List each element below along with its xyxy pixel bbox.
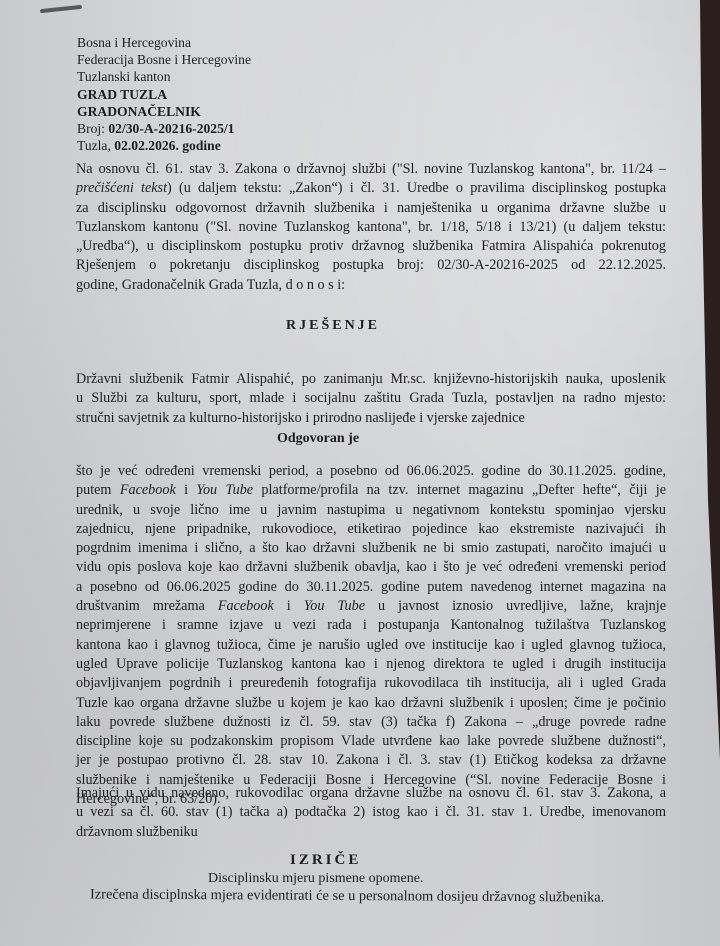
text-line: neprimjerene i sramne izjave u vezi rada… <box>76 616 666 635</box>
text-line: „Uredba“), u disciplinskom postupku prot… <box>76 237 666 256</box>
text-line: Državni službenik Fatmir Alispahić, po z… <box>76 370 666 389</box>
letterhead-office: GRADONAČELNIK <box>77 103 251 120</box>
text-line: prečišćeni tekst) (u daljem tekstu: „Zak… <box>76 179 666 198</box>
text-line: a posebno od 06.06.2025 godine do 30.11.… <box>76 578 666 597</box>
text-line: u Službi za kulturu, sport, mlade i soci… <box>76 389 666 408</box>
text-line: Rješenjem o pokretanju disciplinskog pos… <box>76 256 666 275</box>
letterhead-federation: Federacija Bosne i Hercegovine <box>77 51 251 68</box>
text-line: discipline koje su podzakonskim propisom… <box>76 732 666 751</box>
text-line: što je već određeni vremenski period, a … <box>76 462 666 481</box>
verdict-title: IZRIČE <box>290 852 361 869</box>
text-line: Imajući u vidu navedeno, rukovodilac org… <box>76 784 666 803</box>
text-line: stručni savjetnik za kulturno-historijsk… <box>76 409 666 428</box>
text-line: Na osnovu čl. 61. stav 3. Zakona o držav… <box>76 160 666 179</box>
text-line: Tuzle kao organa državne službe u kojem … <box>76 694 666 713</box>
text-line: godine, Gradonačelnik Grada Tuzla, d o n… <box>76 276 666 295</box>
text-line: državnom službeniku <box>76 823 666 842</box>
text-line: vidu opis poslova koje kao državni služb… <box>76 558 666 577</box>
text-line: zajednicu, njene pripadnike, rukovodioce… <box>76 520 666 539</box>
text-line: putem Facebook i You Tube platforme/prof… <box>76 481 666 500</box>
text-line: kantona kao i glavnog tužioca, čime je n… <box>76 636 666 655</box>
employee-paragraph: Državni službenik Fatmir Alispahić, po z… <box>76 370 666 428</box>
text-line: jer je postupao protivno čl. 28. stav 10… <box>76 751 666 770</box>
text-line: pogrdnim imenima i slično, a što kao drž… <box>76 539 666 558</box>
letterhead-city: GRAD TUZLA <box>77 86 251 103</box>
verdict-record: Izrečena disciplnska mjera evidentirati … <box>90 886 604 906</box>
document-date: Tuzla, 02.02.2026. godine <box>77 137 251 154</box>
considering-paragraph: Imajući u vidu navedeno, rukovodilac org… <box>76 784 666 842</box>
decision-title: RJEŠENJE <box>286 318 380 334</box>
letterhead: Bosna i Hercegovina Federacija Bosne i H… <box>77 34 251 154</box>
reference-number: Broj: 02/30-A-20216-2025/1 <box>77 120 251 137</box>
text-line: ugled Uprave policije Tuzlanskog kantona… <box>76 655 666 674</box>
letterhead-country: Bosna i Hercegovina <box>77 34 251 51</box>
text-line: laku povrede službene dužnosti iz čl. 59… <box>76 713 666 732</box>
text-line: društvanim mrežama Facebook i You Tube u… <box>76 597 666 616</box>
letterhead-canton: Tuzlanski kanton <box>77 68 251 85</box>
text-line: u vezi sa čl. 60. stav (1) tačka a) podt… <box>76 803 666 822</box>
text-line: Tuzlanskom kantonu ("Sl. novine Tuzlansk… <box>76 218 666 237</box>
charges-paragraph: što je već određeni vremenski period, a … <box>76 462 666 809</box>
text-line: za disciplinsku odgovornost državnih slu… <box>76 199 666 218</box>
text-line: urednik, u svoje lično ime u javnim nast… <box>76 501 666 520</box>
intro-paragraph: Na osnovu čl. 61. stav 3. Zakona o držav… <box>76 160 666 295</box>
text-line: objavljivanjem pogrdnih i preuređenih fo… <box>76 674 666 693</box>
responsible-title: Odgovoran je <box>277 431 359 447</box>
verdict-measure: Disciplinsku mjeru pismene opomene. <box>208 871 423 887</box>
